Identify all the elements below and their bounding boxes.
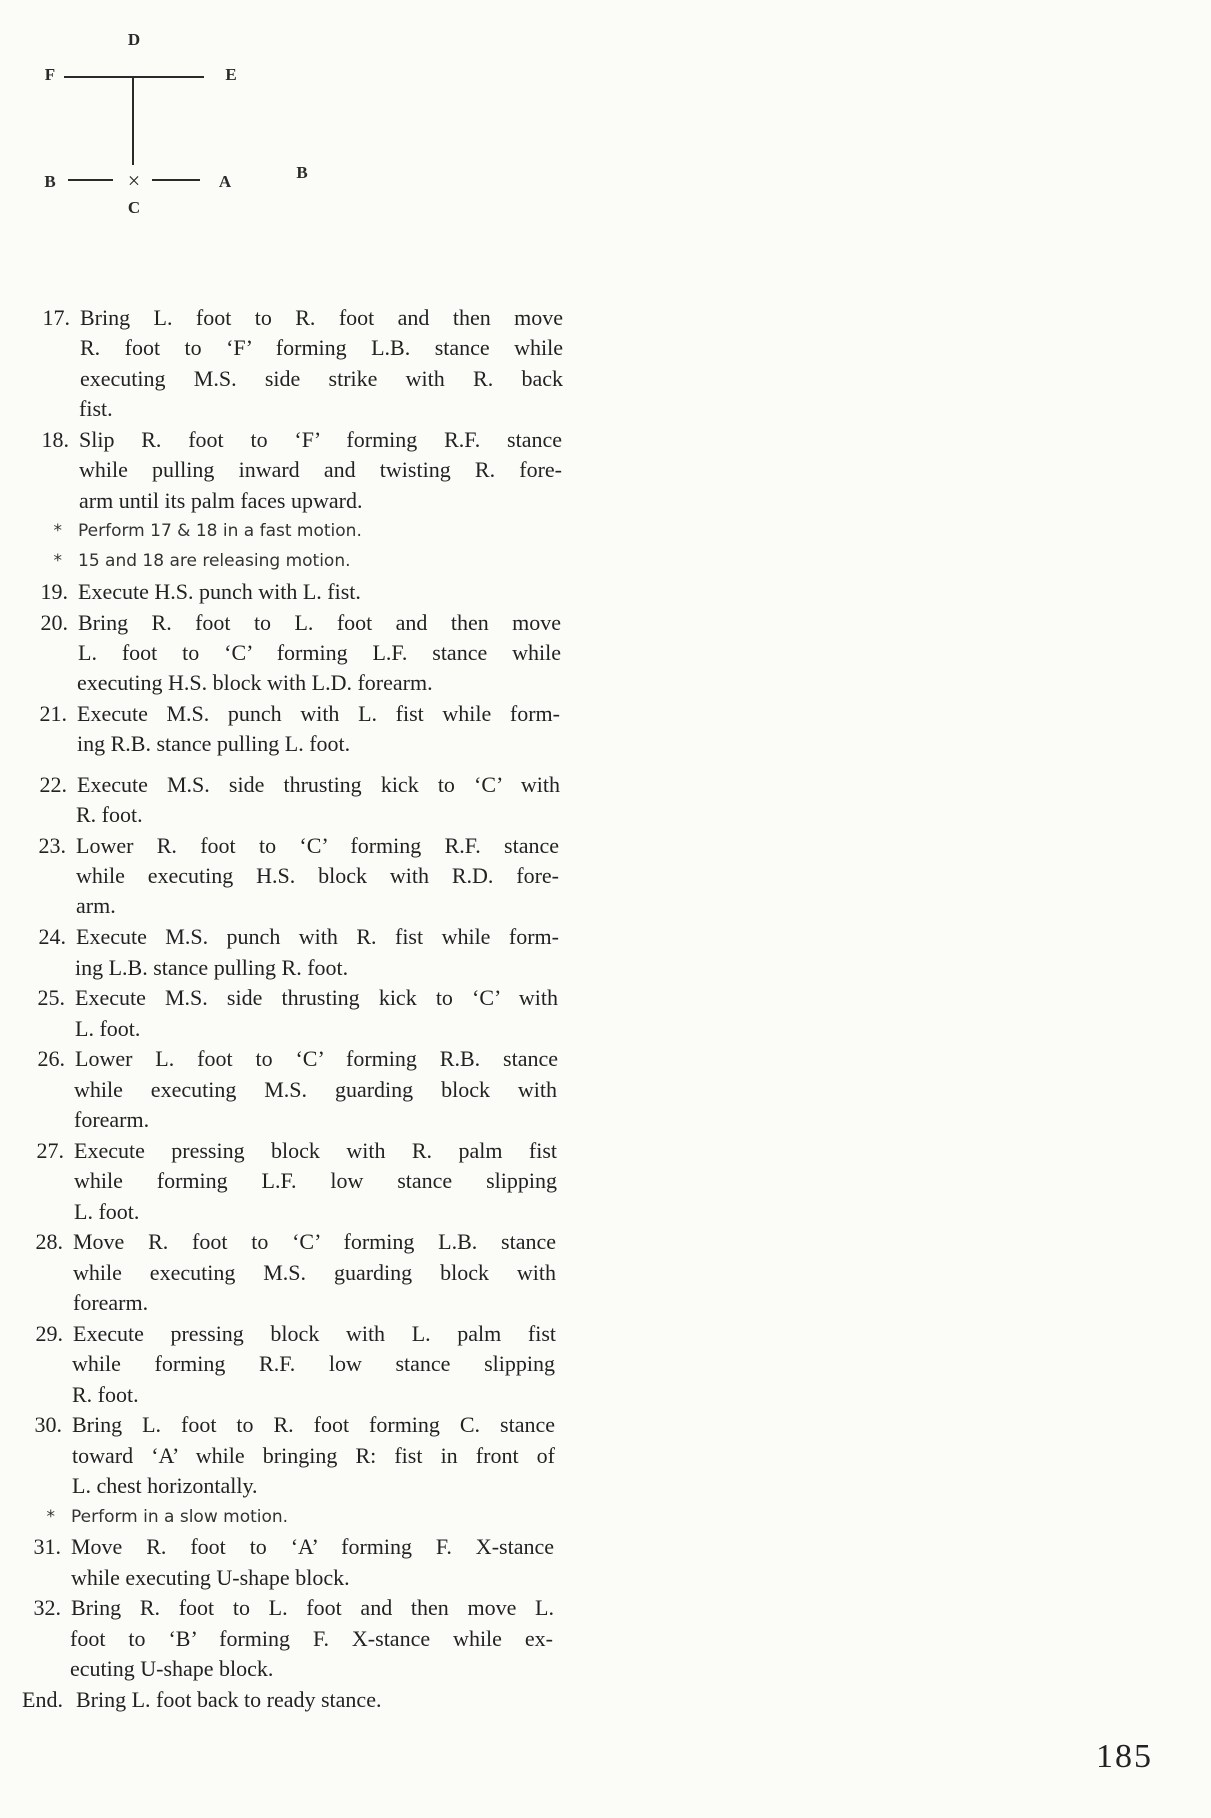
note-asterisk: *: [54, 546, 63, 576]
step-text: while pulling inward and twisting R. for…: [79, 455, 562, 485]
step-text: Lower L. foot to ‘C’ forming R.B. stance: [75, 1044, 558, 1074]
step-line: 31.Move R. foot to ‘A’ forming F. X-stan…: [0, 1532, 600, 1562]
step-line: while executing U-shape block.: [0, 1563, 600, 1593]
step-number: 28.: [36, 1227, 64, 1257]
step-text: Execute pressing block with R. palm fist: [74, 1136, 557, 1166]
note-asterisk: *: [47, 1502, 56, 1532]
page-number: 185: [1096, 1738, 1153, 1776]
step-text: executing M.S. side strike with R. back: [80, 364, 563, 394]
step-line: while pulling inward and twisting R. for…: [0, 455, 600, 485]
step-text: R. foot to ‘F’ forming L.B. stance while: [80, 333, 563, 363]
step-text: Execute H.S. punch with L. fist.: [78, 577, 361, 607]
step-line: while executing H.S. block with R.D. for…: [0, 861, 600, 891]
step-line: 17.Bring L. foot to R. foot and then mov…: [0, 303, 600, 333]
step-number: 19.: [41, 577, 69, 607]
step-line: 32.Bring R. foot to L. foot and then mov…: [0, 1593, 600, 1623]
step-line: R. foot.: [0, 1380, 600, 1410]
step-line: 29.Execute pressing block with L. palm f…: [0, 1319, 600, 1349]
step-line: while forming R.F. low stance slipping: [0, 1349, 600, 1379]
step-note-line: *Perform 17 & 18 in a fast motion.: [0, 516, 600, 546]
step-text: L. foot to ‘C’ forming L.F. stance while: [78, 638, 561, 668]
step-line: fist.: [0, 394, 600, 424]
step-text: while forming R.F. low stance slipping: [72, 1349, 555, 1379]
step-text: while executing M.S. guarding block with: [74, 1075, 557, 1105]
step-line: 27.Execute pressing block with R. palm f…: [0, 1136, 600, 1166]
step-line: R. foot to ‘F’ forming L.B. stance while: [0, 333, 600, 363]
step-line: arm until its palm faces upward.: [0, 486, 600, 516]
step-note-line: *Perform in a slow motion.: [0, 1502, 600, 1532]
step-text: ing R.B. stance pulling L. foot.: [77, 729, 350, 759]
step-text: L. foot.: [74, 1197, 139, 1227]
step-text: foot to ‘B’ forming F. X-stance while ex…: [70, 1624, 553, 1654]
step-number: 20.: [41, 608, 69, 638]
step-line: 28.Move R. foot to ‘C’ forming L.B. stan…: [0, 1227, 600, 1257]
step-line: 23.Lower R. foot to ‘C’ forming R.F. sta…: [0, 831, 600, 861]
step-line: executing H.S. block with L.D. forearm.: [0, 668, 600, 698]
step-text: R. foot.: [72, 1380, 139, 1410]
step-line: forearm.: [0, 1105, 600, 1135]
step-number: 30.: [35, 1410, 63, 1440]
step-line: while forming L.F. low stance slipping: [0, 1166, 600, 1196]
step-line: L. foot to ‘C’ forming L.F. stance while: [0, 638, 600, 668]
step-line: toward ‘A’ while bringing R: fist in fro…: [0, 1441, 600, 1471]
step-text: Lower R. foot to ‘C’ forming R.F. stance: [76, 831, 559, 861]
step-line: 24.Execute M.S. punch with R. fist while…: [0, 922, 600, 952]
step-text: while executing M.S. guarding block with: [73, 1258, 556, 1288]
step-line: while executing M.S. guarding block with: [0, 1258, 600, 1288]
step-line: R. foot.: [0, 800, 600, 830]
step-text: Slip R. foot to ‘F’ forming R.F. stance: [79, 425, 562, 455]
step-line: L. foot.: [0, 1197, 600, 1227]
step-text: ecuting U-shape block.: [70, 1654, 273, 1684]
step-line: 20.Bring R. foot to L. foot and then mov…: [0, 608, 600, 638]
step-number: End.: [22, 1685, 63, 1715]
step-text: while executing U-shape block.: [71, 1563, 350, 1593]
step-line: End.Bring L. foot back to ready stance.: [0, 1685, 600, 1715]
step-text: executing H.S. block with L.D. forearm.: [77, 668, 433, 698]
note-text: 15 and 18 are releasing motion.: [78, 546, 351, 576]
step-number: 24.: [39, 922, 67, 952]
step-line: 18.Slip R. foot to ‘F’ forming R.F. stan…: [0, 425, 600, 455]
step-line: ecuting U-shape block.: [0, 1654, 600, 1684]
step-text: Move R. foot to ‘C’ forming L.B. stance: [73, 1227, 556, 1257]
step-text: Bring L. foot to R. foot forming C. stan…: [72, 1410, 555, 1440]
step-text: forearm.: [73, 1288, 148, 1318]
step-number: 17.: [43, 303, 71, 333]
step-number: 22.: [40, 770, 68, 800]
step-text: forearm.: [74, 1105, 149, 1135]
step-number: 18.: [42, 425, 70, 455]
step-line: 19.Execute H.S. punch with L. fist.: [0, 577, 600, 607]
step-text: arm until its palm faces upward.: [79, 486, 362, 516]
step-line: arm.: [0, 891, 600, 921]
step-text: while executing H.S. block with R.D. for…: [76, 861, 559, 891]
step-line: 26.Lower L. foot to ‘C’ forming R.B. sta…: [0, 1044, 600, 1074]
step-text: Bring R. foot to L. foot and then move: [78, 608, 561, 638]
step-line: executing M.S. side strike with R. back: [0, 364, 600, 394]
step-text: Execute M.S. side thrusting kick to ‘C’ …: [77, 770, 560, 800]
step-text: toward ‘A’ while bringing R: fist in fro…: [72, 1441, 555, 1471]
step-line: ing R.B. stance pulling L. foot.: [0, 729, 600, 759]
step-line: while executing M.S. guarding block with: [0, 1075, 600, 1105]
step-text: Move R. foot to ‘A’ forming F. X-stance: [71, 1532, 554, 1562]
step-line: L. chest horizontally.: [0, 1471, 600, 1501]
step-number: 32.: [34, 1593, 62, 1623]
step-line: L. foot.: [0, 1014, 600, 1044]
note-asterisk: *: [54, 516, 63, 546]
step-text: Bring R. foot to L. foot and then move L…: [71, 1593, 554, 1623]
step-note-line: *15 and 18 are releasing motion.: [0, 546, 600, 576]
step-number: 27.: [37, 1136, 65, 1166]
step-number: 23.: [39, 831, 67, 861]
step-text: Execute M.S. side thrusting kick to ‘C’ …: [75, 983, 558, 1013]
step-text: R. foot.: [76, 800, 143, 830]
step-text: Bring L. foot to R. foot and then move: [80, 303, 563, 333]
step-number: 25.: [38, 983, 66, 1013]
step-number: 26.: [38, 1044, 66, 1074]
step-line: 22.Execute M.S. side thrusting kick to ‘…: [0, 770, 600, 800]
form-steps-list: 17.Bring L. foot to R. foot and then mov…: [0, 0, 600, 1760]
step-line: ing L.B. stance pulling R. foot.: [0, 953, 600, 983]
step-line: 25.Execute M.S. side thrusting kick to ‘…: [0, 983, 600, 1013]
step-text: Execute M.S. punch with L. fist while fo…: [77, 699, 560, 729]
step-line: forearm.: [0, 1288, 600, 1318]
step-text: fist.: [79, 394, 113, 424]
step-line: 30.Bring L. foot to R. foot forming C. s…: [0, 1410, 600, 1440]
step-text: while forming L.F. low stance slipping: [74, 1166, 557, 1196]
step-text: L. chest horizontally.: [72, 1471, 258, 1501]
step-number: 29.: [36, 1319, 64, 1349]
step-text: Execute M.S. punch with R. fist while fo…: [76, 922, 559, 952]
step-text: Execute pressing block with L. palm fist: [73, 1319, 556, 1349]
step-line: foot to ‘B’ forming F. X-stance while ex…: [0, 1624, 600, 1654]
step-text: arm.: [76, 891, 116, 921]
note-text: Perform 17 & 18 in a fast motion.: [78, 516, 362, 546]
step-text: ing L.B. stance pulling R. foot.: [75, 953, 348, 983]
step-text: L. foot.: [75, 1014, 140, 1044]
step-line: 21.Execute M.S. punch with L. fist while…: [0, 699, 600, 729]
step-text: Bring L. foot back to ready stance.: [76, 1685, 381, 1715]
step-number: 31.: [34, 1532, 62, 1562]
step-number: 21.: [40, 699, 68, 729]
note-text: Perform in a slow motion.: [71, 1502, 288, 1532]
